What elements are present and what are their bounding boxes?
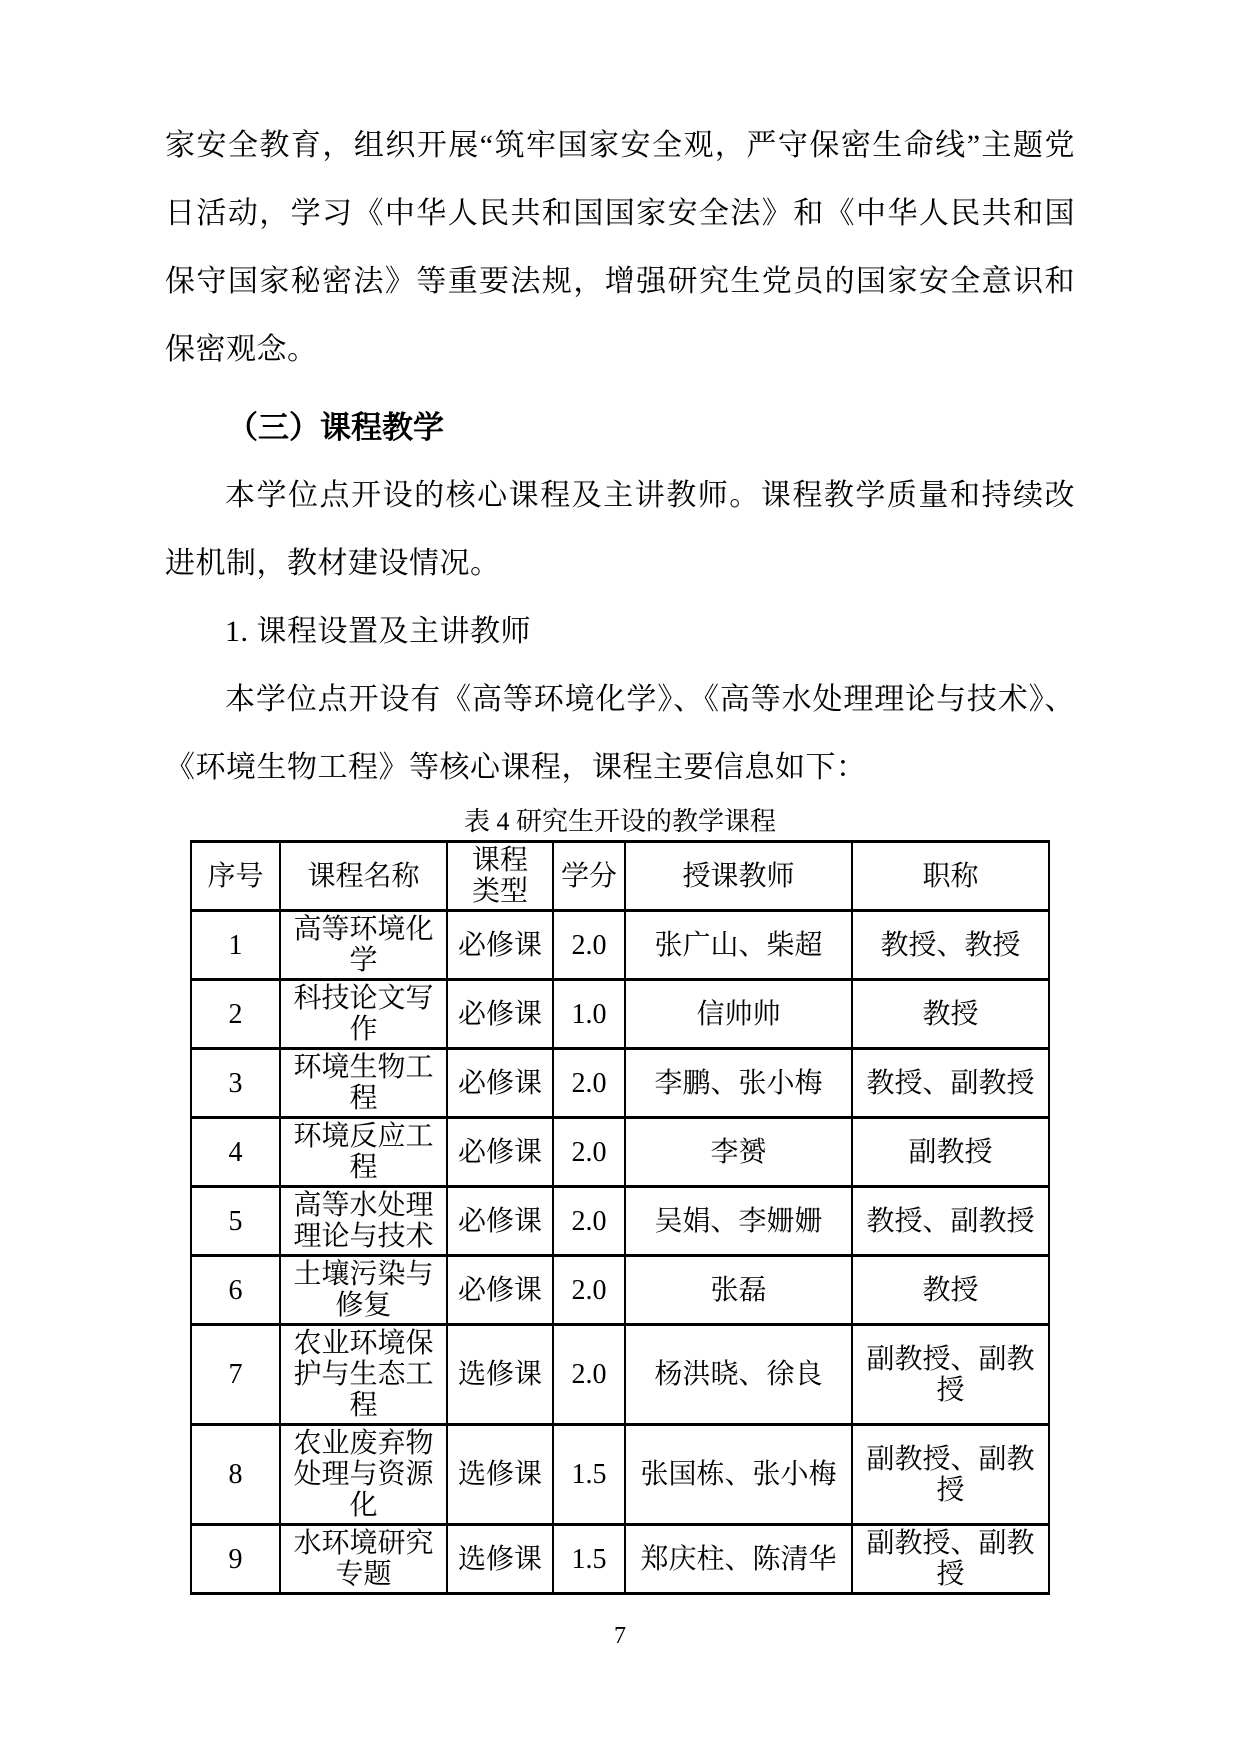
table-cell: 副教授、副教授 [852, 1325, 1049, 1425]
table-row: 2科技论文写作必修课1.0信帅帅教授 [191, 980, 1049, 1049]
table-cell: 2.0 [553, 1049, 625, 1118]
column-header: 授课教师 [625, 842, 852, 911]
table-cell: 1.5 [553, 1525, 625, 1594]
table-cell: 杨洪晓、徐良 [625, 1325, 852, 1425]
table-cell: 教授 [852, 1256, 1049, 1325]
table-cell: 2.0 [553, 911, 625, 980]
table-cell: 高等环境化学 [280, 911, 447, 980]
list-item-course-setup: 1. 课程设置及主讲教师 [165, 598, 1075, 666]
table-cell: 7 [191, 1325, 280, 1425]
table-cell: 必修课 [447, 1049, 553, 1118]
table-cell: 李赟 [625, 1118, 852, 1187]
column-header: 课程名称 [280, 842, 447, 911]
document-page: 家安全教育，组织开展“筑牢国家安全观，严守保密生命线”主题党日活动，学习《中华人… [0, 0, 1240, 1753]
table-cell: 郑庆柱、陈清华 [625, 1525, 852, 1594]
table-row: 3环境生物工程必修课2.0李鹏、张小梅教授、副教授 [191, 1049, 1049, 1118]
table-header-row: 序号课程名称课程 类型学分授课教师职称 [191, 842, 1049, 911]
course-table: 序号课程名称课程 类型学分授课教师职称 1高等环境化学必修课2.0张广山、柴超教… [190, 840, 1050, 1595]
column-header: 职称 [852, 842, 1049, 911]
table-row: 8农业废弃物处理与资源化选修课1.5张国栋、张小梅副教授、副教授 [191, 1425, 1049, 1525]
section-heading-course-teaching: （三）课程教学 [165, 394, 1075, 462]
table-cell: 吴娟、李姗姗 [625, 1187, 852, 1256]
table-cell: 科技论文写作 [280, 980, 447, 1049]
table-cell: 9 [191, 1525, 280, 1594]
table-cell: 李鹏、张小梅 [625, 1049, 852, 1118]
column-header: 课程 类型 [447, 842, 553, 911]
paragraph-national-security: 家安全教育，组织开展“筑牢国家安全观，严守保密生命线”主题党日活动，学习《中华人… [165, 112, 1075, 384]
table-cell: 土壤污染与修复 [280, 1256, 447, 1325]
table-cell: 1.0 [553, 980, 625, 1049]
table-cell: 教授、教授 [852, 911, 1049, 980]
table-cell: 农业环境保护与生态工程 [280, 1325, 447, 1425]
table-cell: 农业废弃物处理与资源化 [280, 1425, 447, 1525]
table-row: 1高等环境化学必修课2.0张广山、柴超教授、教授 [191, 911, 1049, 980]
table-cell: 2.0 [553, 1325, 625, 1425]
table-cell: 环境生物工程 [280, 1049, 447, 1118]
paragraph-course-overview: 本学位点开设的核心课程及主讲教师。课程教学质量和持续改进机制，教材建设情况。 [165, 462, 1075, 598]
table-header: 序号课程名称课程 类型学分授课教师职称 [191, 842, 1049, 911]
table-cell: 副教授 [852, 1118, 1049, 1187]
table-cell: 必修课 [447, 1187, 553, 1256]
table-cell: 5 [191, 1187, 280, 1256]
table-cell: 4 [191, 1118, 280, 1187]
table-cell: 选修课 [447, 1425, 553, 1525]
table-cell: 教授、副教授 [852, 1187, 1049, 1256]
table-cell: 必修课 [447, 1118, 553, 1187]
table-cell: 选修课 [447, 1525, 553, 1594]
column-header: 序号 [191, 842, 280, 911]
table-row: 7农业环境保护与生态工程选修课2.0杨洪晓、徐良副教授、副教授 [191, 1325, 1049, 1425]
table-cell: 环境反应工程 [280, 1118, 447, 1187]
table-row: 9水环境研究专题选修课1.5郑庆柱、陈清华副教授、副教授 [191, 1525, 1049, 1594]
table-cell: 1 [191, 911, 280, 980]
table-cell: 1.5 [553, 1425, 625, 1525]
table-caption: 表 4 研究生开设的教学课程 [165, 806, 1075, 838]
table-cell: 张磊 [625, 1256, 852, 1325]
paragraph-core-courses: 本学位点开设有《高等环境化学》、《高等水处理理论与技术》、《环境生物工程》等核心… [165, 666, 1075, 802]
table-cell: 2.0 [553, 1118, 625, 1187]
table-cell: 教授 [852, 980, 1049, 1049]
table-row: 4环境反应工程必修课2.0李赟副教授 [191, 1118, 1049, 1187]
table-row: 5高等水处理理论与技术必修课2.0吴娟、李姗姗教授、副教授 [191, 1187, 1049, 1256]
table-cell: 必修课 [447, 980, 553, 1049]
table-cell: 副教授、副教授 [852, 1425, 1049, 1525]
table-cell: 必修课 [447, 911, 553, 980]
page-number: 7 [165, 1621, 1075, 1651]
table-cell: 高等水处理理论与技术 [280, 1187, 447, 1256]
table-cell: 信帅帅 [625, 980, 852, 1049]
column-header: 学分 [553, 842, 625, 911]
table-cell: 必修课 [447, 1256, 553, 1325]
table-cell: 张国栋、张小梅 [625, 1425, 852, 1525]
table-cell: 3 [191, 1049, 280, 1118]
table-cell: 2.0 [553, 1187, 625, 1256]
table-row: 6土壤污染与修复必修课2.0张磊教授 [191, 1256, 1049, 1325]
table-cell: 教授、副教授 [852, 1049, 1049, 1118]
table-cell: 副教授、副教授 [852, 1525, 1049, 1594]
table-cell: 8 [191, 1425, 280, 1525]
table-cell: 水环境研究专题 [280, 1525, 447, 1594]
table-body: 1高等环境化学必修课2.0张广山、柴超教授、教授2科技论文写作必修课1.0信帅帅… [191, 911, 1049, 1594]
table-cell: 张广山、柴超 [625, 911, 852, 980]
table-cell: 6 [191, 1256, 280, 1325]
table-cell: 2 [191, 980, 280, 1049]
table-cell: 选修课 [447, 1325, 553, 1425]
table-cell: 2.0 [553, 1256, 625, 1325]
